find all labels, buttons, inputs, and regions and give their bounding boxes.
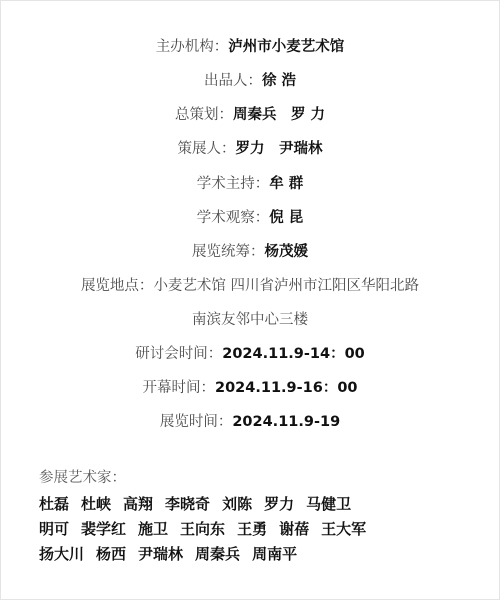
info-academic-host: 学术主持：牟 群 <box>1 174 499 194</box>
artist-name: 周秦兵 <box>195 542 240 567</box>
organizer-value: 泸州市小麦艺术馆 <box>228 39 344 55</box>
coordinator-value: 杨茂媛 <box>265 244 309 260</box>
exhibition-time-value: 2024.11.9-19 <box>232 414 340 430</box>
curator-value: 罗力 尹瑞林 <box>236 141 323 157</box>
artist-name: 罗力 <box>264 492 294 517</box>
artist-name: 李晓奇 <box>165 492 210 517</box>
artist-name: 裴学红 <box>81 517 126 542</box>
opening-time-label: 开幕时间： <box>142 380 215 396</box>
producer-label: 出品人： <box>204 73 262 89</box>
exhibition-time-label: 展览时间： <box>160 414 233 430</box>
academic-host-label: 学术主持： <box>197 176 270 192</box>
artists-section: 参展艺术家： 杜磊杜峡高翔李晓奇刘陈罗力马健卫 明可裴学红施卫王向东王勇谢蓓王大… <box>39 467 479 567</box>
artist-row-1: 杜磊杜峡高翔李晓奇刘陈罗力马健卫 <box>39 492 479 517</box>
artist-name: 王大军 <box>321 517 366 542</box>
artist-name: 杜磊 <box>39 492 69 517</box>
artist-name: 马健卫 <box>306 492 351 517</box>
organizer-label: 主办机构： <box>156 39 229 55</box>
artist-name: 高翔 <box>123 492 153 517</box>
seminar-time-label: 研讨会时间： <box>135 346 222 362</box>
venue-line-2: 南滨友邻中心三楼 <box>1 310 499 330</box>
opening-time-value: 2024.11.9-16：00 <box>215 380 358 396</box>
artist-name: 杨西 <box>96 542 126 567</box>
artist-name: 施卫 <box>138 517 168 542</box>
producer-value: 徐 浩 <box>262 73 296 89</box>
seminar-time: 研讨会时间：2024.11.9-14：00 <box>1 344 499 364</box>
info-coordinator: 展览统筹：杨茂媛 <box>1 242 499 262</box>
exhibition-info-page: 主办机构：泸州市小麦艺术馆 出品人：徐 浩 总策划：周秦兵 罗 力 策展人：罗力… <box>0 0 500 600</box>
artist-name: 明可 <box>39 517 69 542</box>
artist-name: 扬大川 <box>39 542 84 567</box>
info-organizer: 主办机构：泸州市小麦艺术馆 <box>1 37 499 57</box>
artist-name: 刘陈 <box>222 492 252 517</box>
academic-observer-label: 学术观察： <box>197 210 270 226</box>
venue-label: 展览地点： <box>81 278 154 294</box>
artist-name: 杜峡 <box>81 492 111 517</box>
info-academic-observer: 学术观察：倪 昆 <box>1 208 499 228</box>
artist-row-3: 扬大川杨西尹瑞林周秦兵周南平 <box>39 542 479 567</box>
venue-address-cont: 南滨友邻中心三楼 <box>192 312 308 328</box>
artist-name: 王向东 <box>180 517 225 542</box>
seminar-time-value: 2024.11.9-14：00 <box>222 346 365 362</box>
general-planner-label: 总策划： <box>175 107 233 123</box>
info-curator: 策展人：罗力 尹瑞林 <box>1 139 499 159</box>
artist-row-2: 明可裴学红施卫王向东王勇谢蓓王大军 <box>39 517 479 542</box>
artist-name: 周南平 <box>252 542 297 567</box>
curator-label: 策展人： <box>178 141 236 157</box>
venue-address: 小麦艺术馆 四川省泸州市江阳区华阳北路 <box>153 278 419 294</box>
artists-title: 参展艺术家： <box>39 467 479 489</box>
academic-observer-value: 倪 昆 <box>269 210 303 226</box>
artist-name: 尹瑞林 <box>138 542 183 567</box>
artist-name: 王勇 <box>237 517 267 542</box>
exhibition-time: 展览时间：2024.11.9-19 <box>1 412 499 432</box>
venue-line-1: 展览地点：小麦艺术馆 四川省泸州市江阳区华阳北路 <box>1 276 499 296</box>
opening-time: 开幕时间：2024.11.9-16：00 <box>1 378 499 398</box>
artist-name: 谢蓓 <box>279 517 309 542</box>
general-planner-value: 周秦兵 罗 力 <box>233 107 325 123</box>
info-general-planner: 总策划：周秦兵 罗 力 <box>1 105 499 125</box>
info-producer: 出品人：徐 浩 <box>1 71 499 91</box>
coordinator-label: 展览统筹： <box>192 244 265 260</box>
academic-host-value: 牟 群 <box>269 176 303 192</box>
